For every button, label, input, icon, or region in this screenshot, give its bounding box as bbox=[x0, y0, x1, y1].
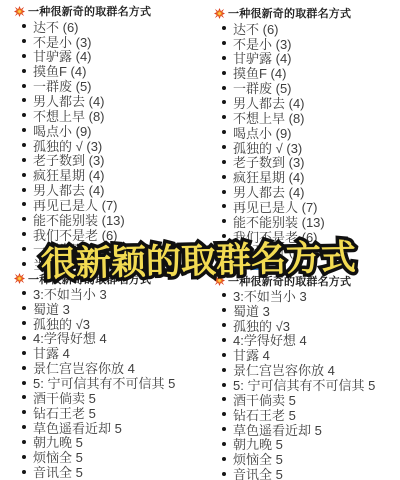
list-item: 3:不如当小 3 bbox=[200, 288, 400, 303]
list-item: 草色遥看近却 5 bbox=[0, 420, 200, 435]
bullet-icon bbox=[222, 308, 226, 312]
bullet-icon bbox=[222, 26, 226, 30]
bullet-icon bbox=[222, 353, 226, 357]
list-item: 朝九晚 5 bbox=[0, 434, 200, 449]
section-1-header: 一种很新奇的取群名方式 bbox=[0, 4, 200, 19]
bullet-icon bbox=[222, 145, 226, 149]
screenshot-root: 一种很新奇的取群名方式达不 (6)不是小 (3)甘驴露 (4)摸鱼F (4)一群… bbox=[0, 0, 400, 480]
bullet-icon bbox=[222, 204, 226, 208]
list-item: 蜀道 3 bbox=[0, 301, 200, 316]
list-item: 烦恼全 5 bbox=[0, 449, 200, 464]
bullet-icon bbox=[222, 457, 226, 461]
bullet-icon bbox=[22, 247, 26, 251]
bullet-icon bbox=[22, 158, 26, 162]
bullet-icon bbox=[22, 291, 26, 295]
list-item: 烦恼全 5 bbox=[200, 451, 400, 466]
bullet-icon bbox=[22, 54, 26, 58]
bullet-icon bbox=[222, 397, 226, 401]
bullet-icon bbox=[22, 306, 26, 310]
bullet-icon bbox=[22, 84, 26, 88]
list-item: 蜀道 3 bbox=[200, 303, 400, 318]
bullet-icon bbox=[222, 86, 226, 90]
bullet-icon bbox=[222, 427, 226, 431]
bullet-icon bbox=[222, 383, 226, 387]
collision-burst-icon bbox=[14, 6, 25, 17]
collision-burst-icon bbox=[14, 273, 25, 284]
list-item: 不是小 (3) bbox=[0, 34, 200, 49]
bullet-icon bbox=[22, 381, 26, 385]
bullet-icon bbox=[222, 323, 226, 327]
bullet-icon bbox=[22, 336, 26, 340]
bullet-icon bbox=[22, 232, 26, 236]
list-item: 达不 (6) bbox=[0, 19, 200, 34]
list-item: 音讯全 5 bbox=[200, 466, 400, 480]
bullet-icon bbox=[222, 190, 226, 194]
bullet-icon bbox=[22, 395, 26, 399]
bullet-icon bbox=[22, 113, 26, 117]
bullet-icon bbox=[22, 128, 26, 132]
bullet-icon bbox=[22, 351, 26, 355]
list-item: 酒干倘卖 5 bbox=[200, 392, 400, 407]
list-item: 甘驴露 (4) bbox=[0, 49, 200, 64]
bullet-icon bbox=[222, 41, 226, 45]
section-1-header: 一种很新奇的取群名方式 bbox=[200, 6, 400, 21]
collision-burst-icon bbox=[214, 8, 225, 19]
list-item: 朝九晚 5 bbox=[200, 436, 400, 451]
bullet-icon bbox=[22, 262, 26, 266]
bullet-icon bbox=[222, 160, 226, 164]
list-item: 摸鱼F (4) bbox=[200, 65, 400, 80]
bullet-icon bbox=[222, 293, 226, 297]
list-item: 不想上早 (8) bbox=[0, 108, 200, 123]
list-item: 酒干倘卖 5 bbox=[0, 390, 200, 405]
bullet-icon bbox=[22, 143, 26, 147]
bullet-icon bbox=[222, 175, 226, 179]
bullet-icon bbox=[22, 69, 26, 73]
bullet-icon bbox=[222, 56, 226, 60]
list-item-text: 音讯全 5 bbox=[33, 462, 83, 480]
list-item: 4:学得好想 4 bbox=[0, 331, 200, 346]
bullet-icon bbox=[22, 470, 26, 474]
list-item: 不想上早 (8) bbox=[200, 110, 400, 125]
list-item-text: 音讯全 5 bbox=[233, 464, 283, 480]
list-item: 草色遥看近却 5 bbox=[200, 422, 400, 437]
bullet-icon bbox=[222, 472, 226, 476]
bullet-icon bbox=[22, 39, 26, 43]
bullet-icon bbox=[222, 442, 226, 446]
bullet-icon bbox=[222, 412, 226, 416]
bullet-icon bbox=[22, 202, 26, 206]
bullet-icon bbox=[222, 100, 226, 104]
bullet-icon bbox=[222, 368, 226, 372]
bullet-icon bbox=[222, 338, 226, 342]
bullet-icon bbox=[22, 188, 26, 192]
list-item: 音讯全 5 bbox=[0, 464, 200, 479]
bullet-icon bbox=[22, 440, 26, 444]
bullet-icon bbox=[22, 366, 26, 370]
list-item: 甘驴露 (4) bbox=[200, 51, 400, 66]
list-item: 4:学得好想 4 bbox=[200, 333, 400, 348]
bullet-icon bbox=[22, 425, 26, 429]
list-item: 5: 宁可信其有不可信其 5 bbox=[200, 377, 400, 392]
list-item: 摸鱼F (4) bbox=[0, 63, 200, 78]
bullet-icon bbox=[22, 455, 26, 459]
list-item: 达不 (6) bbox=[200, 21, 400, 36]
bullet-icon bbox=[222, 115, 226, 119]
bullet-icon bbox=[222, 130, 226, 134]
list-item: 不是小 (3) bbox=[200, 36, 400, 51]
bullet-icon bbox=[22, 173, 26, 177]
bullet-icon bbox=[22, 321, 26, 325]
list-item: 3:不如当小 3 bbox=[0, 286, 200, 301]
bullet-icon bbox=[222, 219, 226, 223]
list-item: 5: 宁可信其有不可信其 5 bbox=[0, 375, 200, 390]
bullet-icon bbox=[22, 217, 26, 221]
caption-overlay-text: 很新颖的取群名方式 bbox=[40, 235, 356, 288]
bullet-icon bbox=[222, 71, 226, 75]
bullet-icon bbox=[22, 24, 26, 28]
bullet-icon bbox=[22, 410, 26, 414]
bullet-icon bbox=[22, 98, 26, 102]
